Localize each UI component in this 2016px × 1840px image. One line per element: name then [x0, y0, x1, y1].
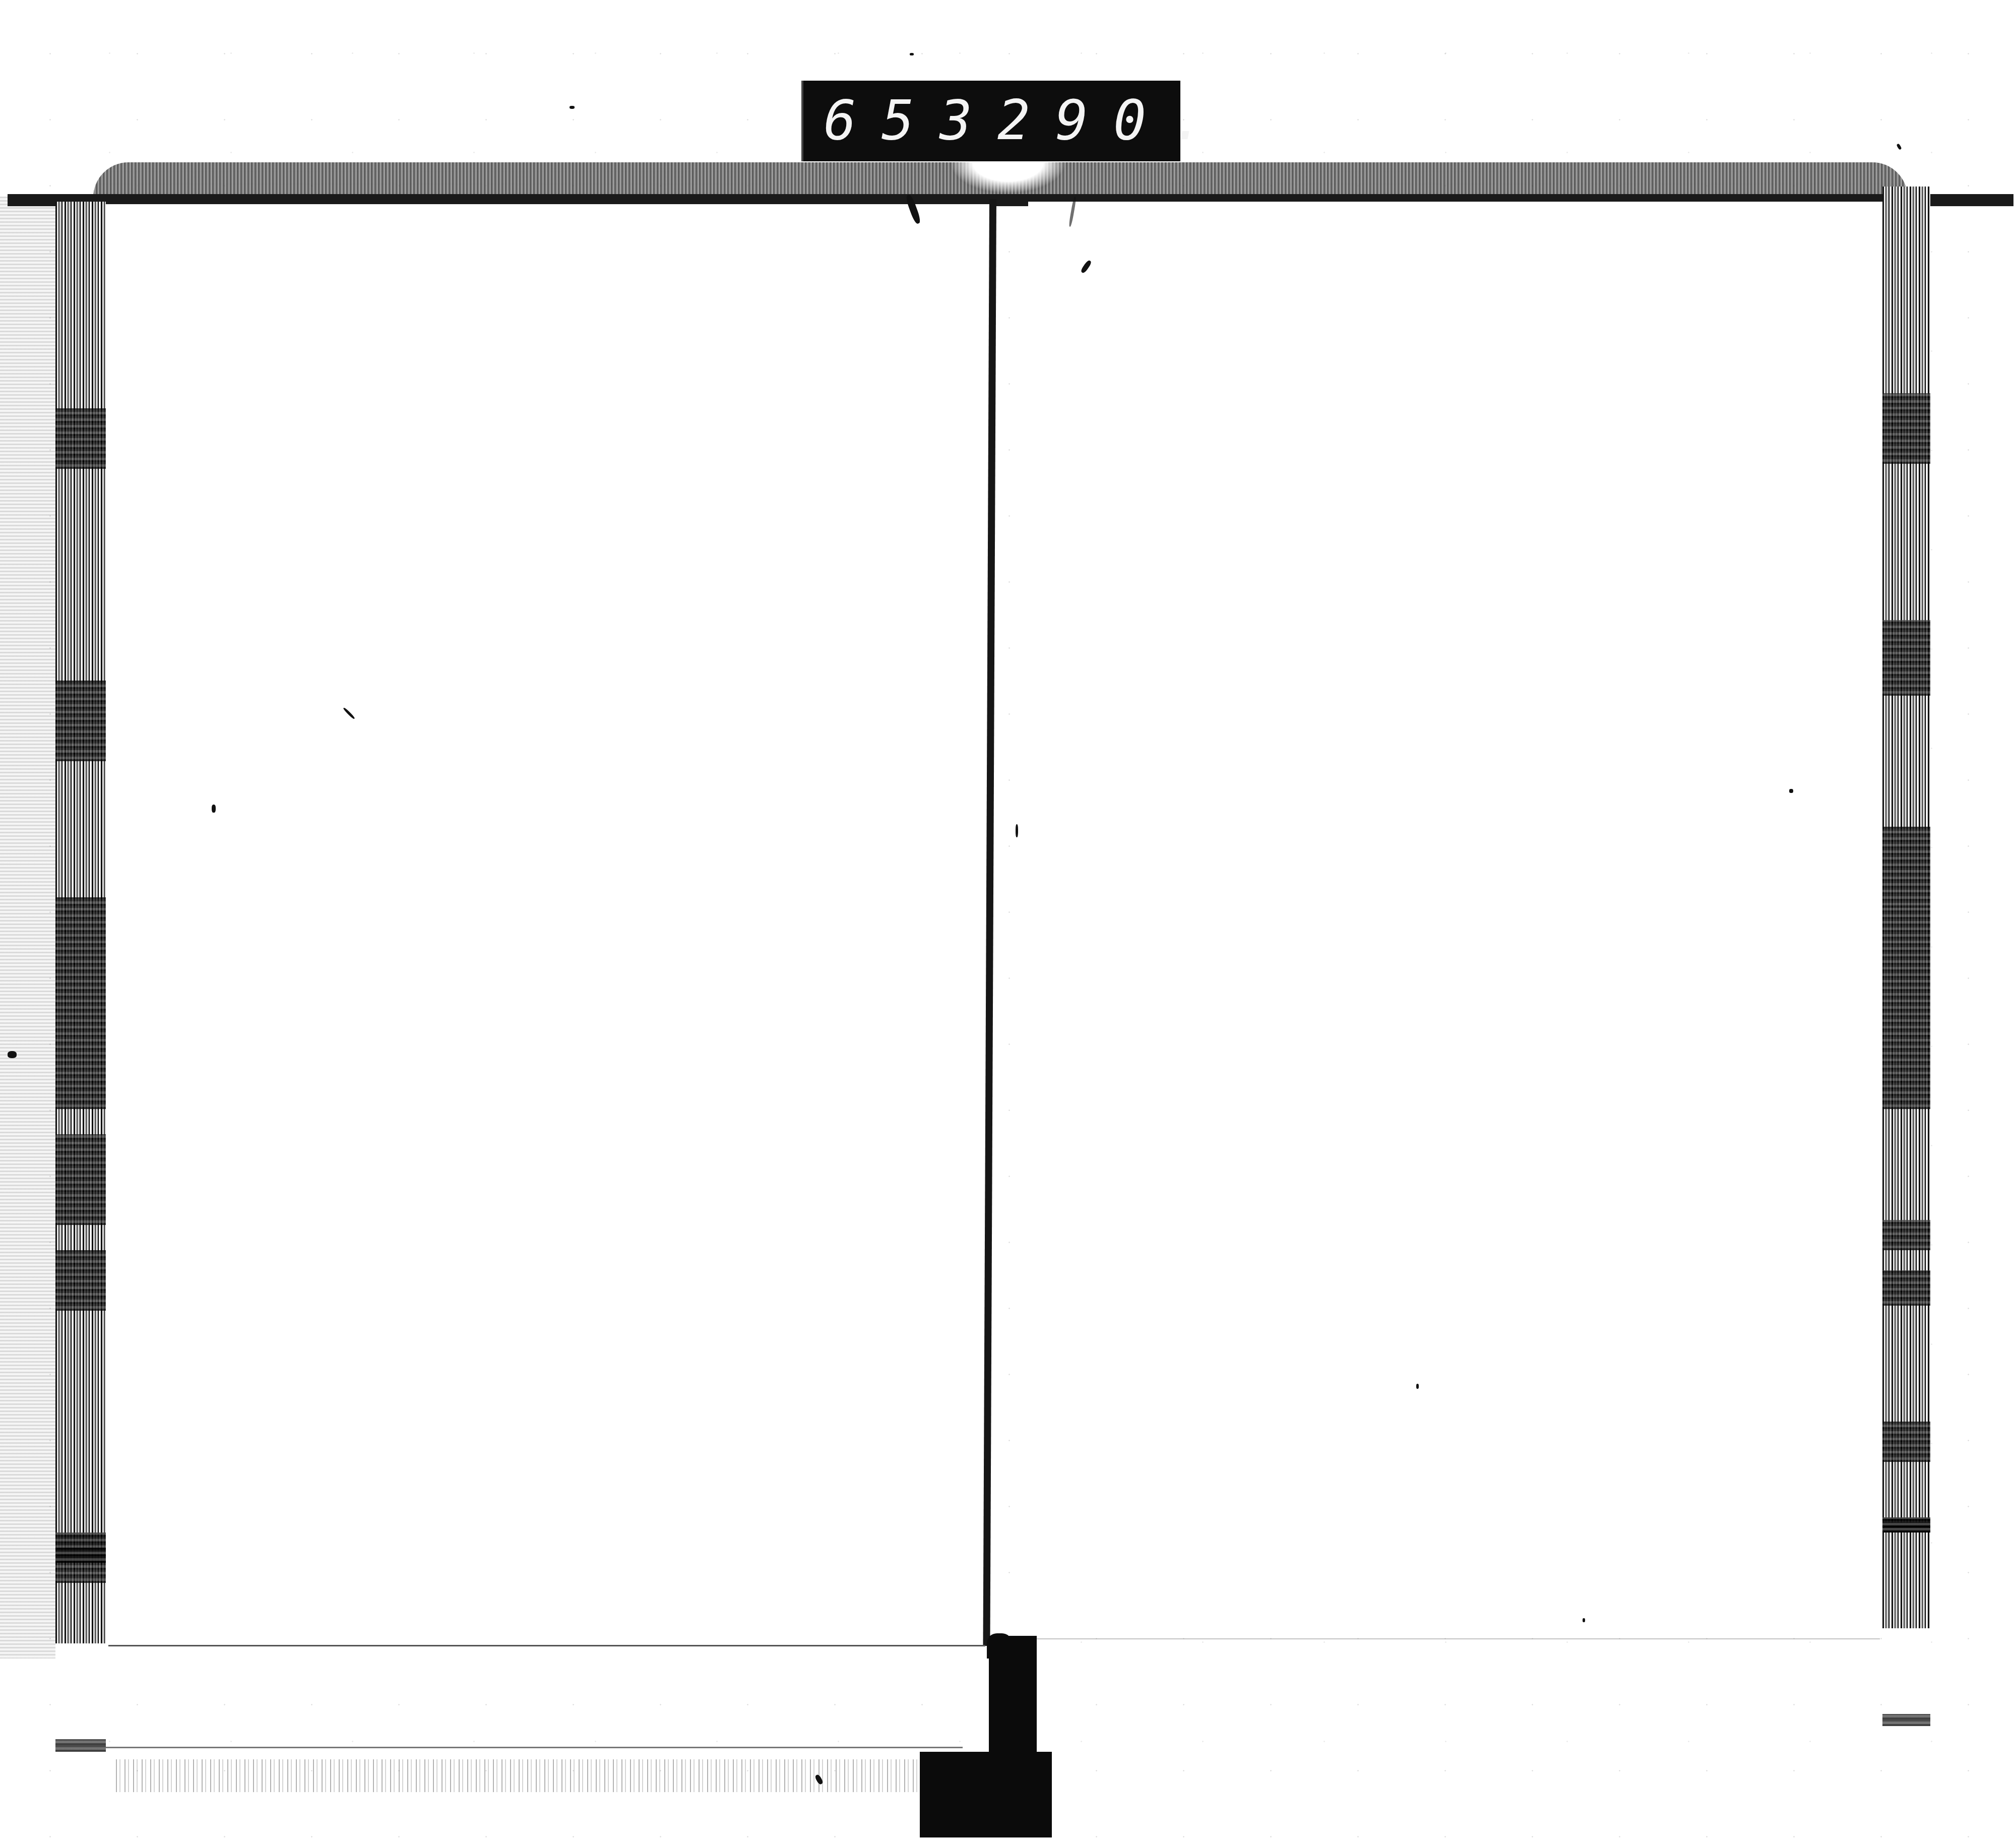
edge-shadow-band: [55, 408, 106, 469]
edge-shadow-band: [55, 1739, 106, 1752]
right-page-edges: [1882, 187, 1930, 1628]
edge-shadow-band: [1882, 620, 1930, 696]
edge-shadow-band: [1882, 827, 1930, 907]
right-page-bottom-edge: [1033, 1638, 1880, 1639]
ink-mark: [8, 1051, 17, 1058]
frame-counter-right: 290.: [997, 94, 1229, 148]
ink-mark: [1016, 824, 1018, 837]
frame-counter: 653 290.: [801, 81, 1180, 161]
left-page-edges: [55, 202, 106, 1643]
lower-grain: [116, 1759, 922, 1792]
ink-mark: [1583, 1618, 1585, 1622]
ink-mark: [1416, 1384, 1419, 1389]
edge-shadow-band: [1882, 907, 1930, 1109]
frame-counter-left: 653: [824, 94, 997, 148]
edge-shadow-band: [1882, 1714, 1930, 1726]
edge-shadow-band: [1882, 1527, 1930, 1532]
edge-shadow-band: [1882, 393, 1930, 464]
edge-shadow-band: [1882, 1522, 1930, 1527]
edge-shadow-band: [1882, 1220, 1930, 1250]
lower-page-edge: [106, 1747, 963, 1748]
clamp-lower-block: [920, 1752, 1052, 1837]
edge-shadow-band: [55, 1250, 106, 1311]
left-page-bottom-edge: [108, 1645, 985, 1646]
ink-mark: [1789, 789, 1793, 793]
right-page: [1028, 202, 1885, 1636]
edge-shadow-band: [55, 1134, 106, 1225]
ink-mark: [570, 106, 575, 109]
edge-shadow-band: [55, 897, 106, 1109]
edge-shadow-band: [1882, 1270, 1930, 1306]
binding-center-notch: [942, 162, 1074, 198]
ink-mark: [910, 53, 914, 55]
ink-mark: [1896, 143, 1902, 150]
ink-mark: [212, 805, 216, 813]
edge-shadow-band: [55, 681, 106, 761]
clamp-upper-block: [989, 1636, 1037, 1757]
left-page: [106, 204, 990, 1647]
edge-shadow-band: [55, 1548, 106, 1563]
edge-shadow-band: [1882, 1422, 1930, 1462]
left-shadow: [0, 197, 55, 1659]
